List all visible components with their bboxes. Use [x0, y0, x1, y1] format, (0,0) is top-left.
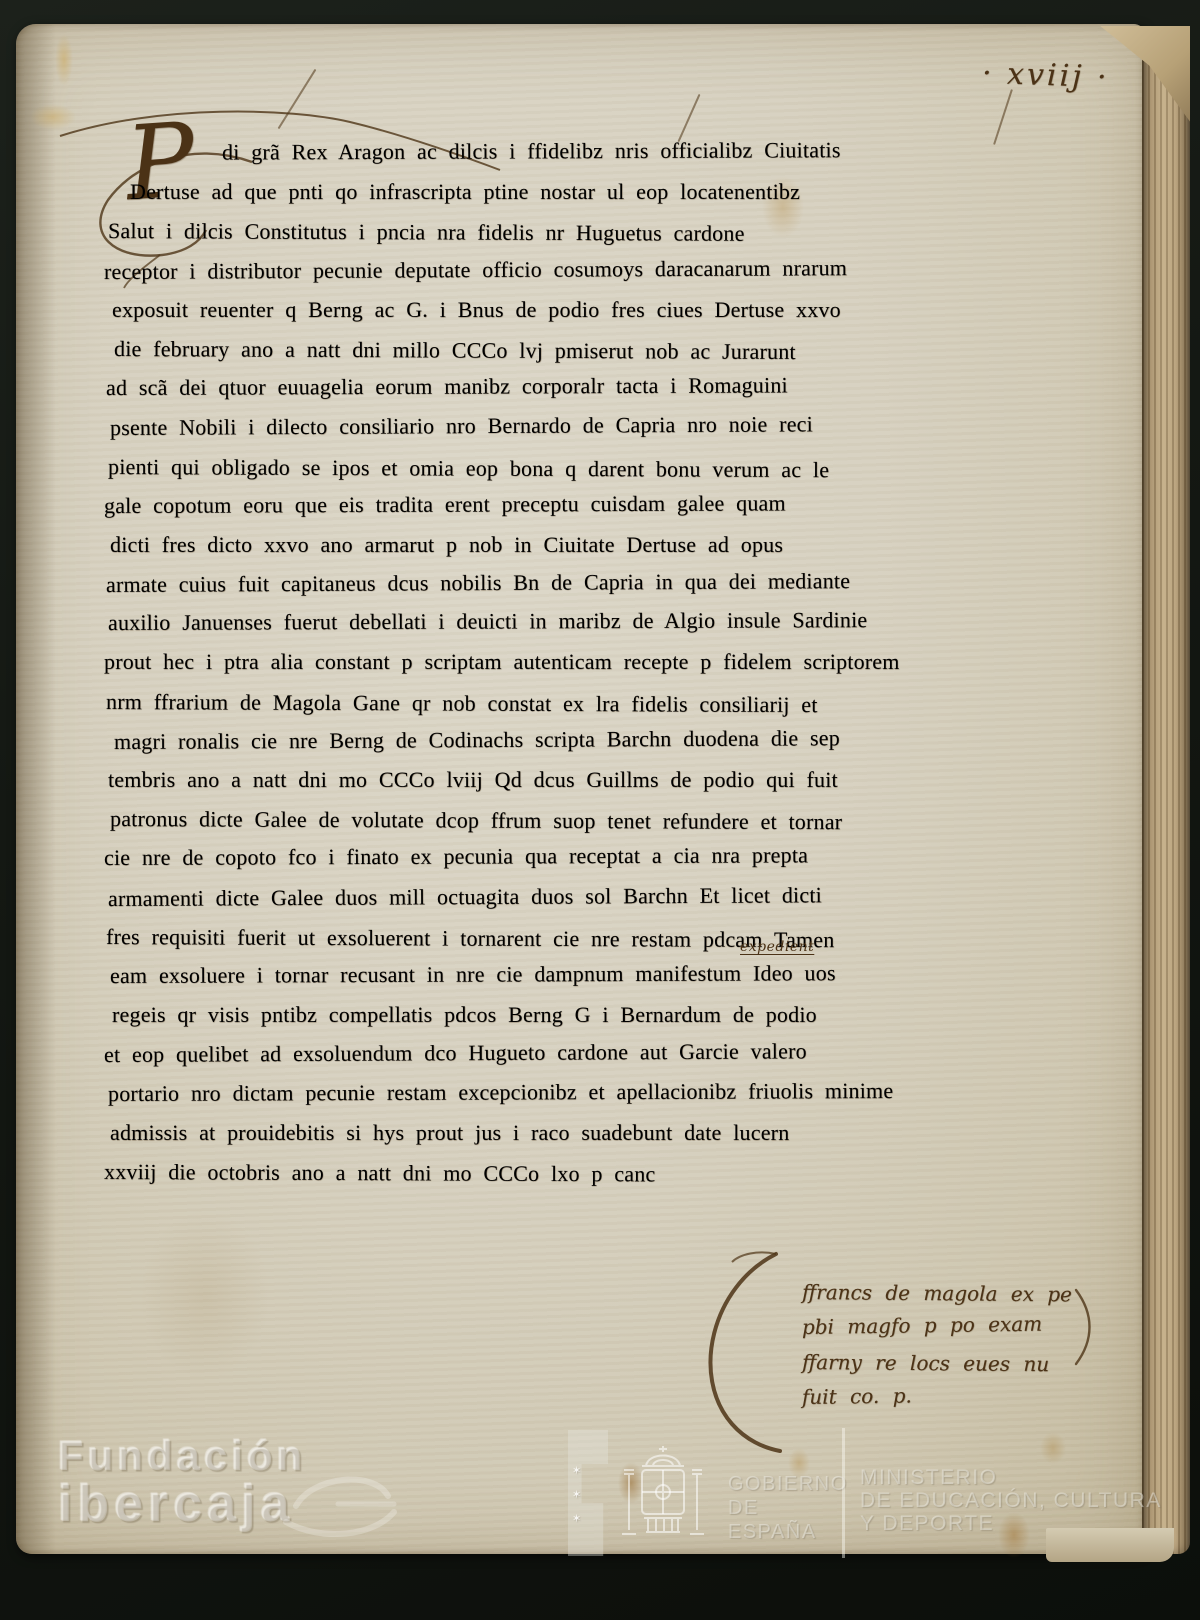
- manuscript-line: et eop quelibet ad exsoluendum dco Hugue…: [104, 1037, 1048, 1081]
- manuscript-line: receptor i distributor pecunie deputate …: [104, 254, 1048, 298]
- stain: [55, 34, 73, 86]
- star-icon: ✶: [572, 1512, 581, 1525]
- ministry-line3: Y DEPORTE: [860, 1512, 1162, 1535]
- spain-coat-of-arms-icon: [608, 1444, 718, 1556]
- folio-number: · xviij ·: [981, 56, 1110, 95]
- government-line1: GOBIERNO: [728, 1472, 848, 1496]
- closing-bracket-stroke: [1072, 1288, 1098, 1366]
- stain: [140, 1210, 270, 1380]
- manuscript-line: admissis at prouidebitis si hys prout ju…: [110, 1120, 1048, 1159]
- manuscript-line: dicti fres dicto xxvo ano armarut p nob …: [110, 532, 1048, 571]
- government-wordmark: GOBIERNO DE ESPAÑA: [728, 1472, 848, 1544]
- manuscript-line: cie nre de copoto fco i finato ex pecuni…: [104, 842, 1048, 885]
- manuscript-line: xxviij die octobris ano a natt dni mo CC…: [104, 1159, 1048, 1202]
- manuscript-line: ad scã dei qtuor euuagelia eorum manibz …: [106, 372, 1048, 415]
- manuscript-line: auxilio Januenses fuerut debellati i deu…: [108, 607, 1048, 650]
- stain: [1040, 1432, 1066, 1464]
- manuscript-line: di grã Rex Aragon ac dilcis i ffidelibz …: [104, 136, 1048, 179]
- star-icon: ✶: [572, 1488, 581, 1501]
- star-icon: ✶: [572, 1464, 581, 1477]
- watermark-fundacion: Fundación ibercaja: [58, 1434, 306, 1530]
- manuscript-line: regeis qr visis pntibz compellatis pdcos…: [112, 1002, 1048, 1041]
- manuscript-line: prout hec i ptra alia constant p scripta…: [104, 649, 1048, 688]
- signature-line: fuit co. p.: [802, 1381, 1072, 1420]
- manuscript-line: Dertuse ad que pnti qo infrascripta ptin…: [130, 179, 1048, 218]
- fundacion-wordmark-line1: Fundación: [58, 1434, 306, 1478]
- ministry-wordmark: MINISTERIO DE EDUCACIÓN, CULTURA Y DEPOR…: [860, 1466, 1162, 1535]
- manuscript-photo: · xviij · P di grã Rex Aragon ac dilcis …: [0, 0, 1200, 1620]
- manuscript-line: gale copotum eoru que eis tradita erent …: [104, 489, 1048, 532]
- manuscript-line: tembris ano a natt dni mo CCCo lviij Qd …: [108, 767, 1048, 806]
- manuscript-line: armate cuius fuit capitaneus dcus nobili…: [106, 567, 1048, 611]
- interlinear-correction: expedient: [740, 939, 814, 955]
- government-line2: DE ESPAÑA: [728, 1496, 848, 1544]
- manuscript-line: eam exsoluere i tornar recusant in nre c…: [110, 959, 1048, 1002]
- ministry-line1: MINISTERIO: [860, 1466, 1162, 1489]
- watermark-divider: [842, 1428, 845, 1558]
- manuscript-line: armamenti dicte Galee duos mill octuagit…: [108, 881, 1048, 925]
- ministry-line2: DE EDUCACIÓN, CULTURA: [860, 1489, 1162, 1512]
- manuscript-line: psente Nobili i dilecto consiliario nro …: [110, 410, 1048, 454]
- signature-line: pbi magfo p po exam: [802, 1311, 1072, 1350]
- signature-note: ffrancs de magola ex pe pbi magfo p po e…: [802, 1280, 1072, 1420]
- book-fore-edge-leaves: [1142, 30, 1190, 1554]
- opening-bracket-stroke: [688, 1248, 784, 1456]
- manuscript-line: magri ronalis cie nre Berng de Codinachs…: [114, 724, 1048, 768]
- fundacion-wordmark-line2: ibercaja: [58, 1478, 306, 1530]
- manuscript-line: exposuit reuenter q Berng ac G. i Bnus d…: [112, 297, 1048, 336]
- manuscript-text: di grã Rex Aragon ac dilcis i ffidelibz …: [104, 140, 1048, 1198]
- ibercaja-logo-icon: [282, 1468, 402, 1546]
- manuscript-line: portario nro dictam pecunie restam excep…: [108, 1077, 1048, 1120]
